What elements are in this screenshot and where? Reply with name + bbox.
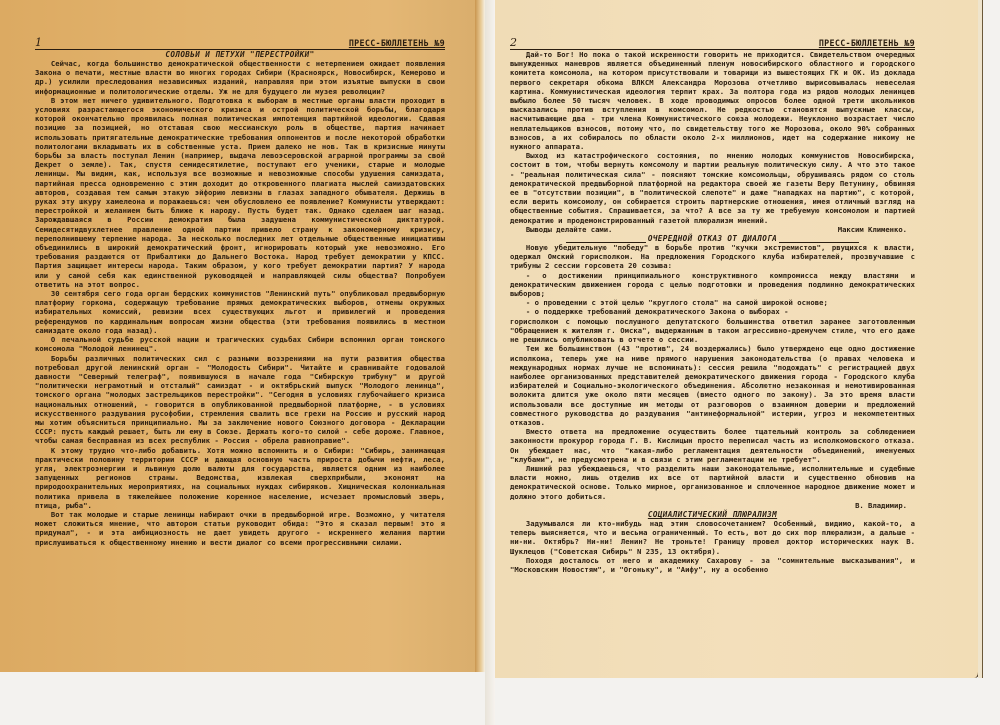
right-page: 2 ПРЕСС-БЮЛЛЕТЕНЬ №9 Дай-то Бог! Но пока… — [495, 0, 980, 678]
page-number: 2 — [510, 38, 517, 48]
list-item: - о достижении принципиального конструкт… — [510, 271, 915, 299]
author-signature: Максим Клименко. — [838, 225, 915, 234]
paragraph: Походя досталось от него и академику Сах… — [510, 556, 915, 574]
page-header: 1 ПРЕСС-БЮЛЛЕТЕНЬ №9 — [35, 38, 445, 50]
article-title: СОЛОВЬИ И ПЕТУХИ "ПЕРЕСТРОЙКИ" — [35, 50, 445, 59]
paragraph: К этому трудно что-либо добавить. Хотя м… — [35, 446, 445, 510]
signature-row: Выводы делайте сами. Максим Клименко. — [510, 225, 915, 234]
paragraph: О печальной судьбе русской нации и траги… — [35, 335, 445, 353]
author-signature: В. Владимир. — [855, 501, 915, 510]
page-header: 2 ПРЕСС-БЮЛЛЕТЕНЬ №9 — [510, 38, 915, 50]
closing-line: Выводы делайте сами. — [510, 225, 612, 234]
paragraph: Вот так молодые и старые ленинцы набираю… — [35, 510, 445, 547]
paragraph: горисполком с помощью послушного депутат… — [510, 317, 915, 345]
binding-gutter — [485, 0, 495, 725]
left-page-content: 1 ПРЕСС-БЮЛЛЕТЕНЬ №9 СОЛОВЬИ И ПЕТУХИ "П… — [35, 38, 445, 547]
paragraph: Борьбы различных политических сил с разн… — [35, 354, 445, 446]
paragraph: Сейчас, когда большинство демократическо… — [35, 59, 445, 96]
paragraph: В этом нет ничего удивительного. Подгото… — [35, 96, 445, 289]
paragraph: Тем же большинством (43 "против", 24 воз… — [510, 344, 915, 427]
paragraph: Дай-то Бог! Но пока о такой искренности … — [510, 50, 915, 151]
paragraph: Выход из катастрофического состояния, по… — [510, 151, 915, 225]
page-number: 1 — [35, 38, 42, 48]
list-item: - о поддержке требований демократическог… — [510, 307, 915, 316]
paragraph: Новую убедительную "победу" в борьбе про… — [510, 243, 915, 271]
bulletin-title: ПРЕСС-БЮЛЛЕТЕНЬ №9 — [819, 38, 915, 48]
article-title: СОЦИАЛИСТИЧЕСКИЙ ПЛЮРАЛИЗМ — [510, 510, 915, 519]
paragraph: Задумывался ли кто-нибудь над этим слово… — [510, 519, 915, 556]
paragraph: Лишний раз убеждаешься, что разделить на… — [510, 464, 915, 501]
bulletin-title: ПРЕСС-БЮЛЛЕТЕНЬ №9 — [349, 38, 445, 48]
left-page: 1 ПРЕСС-БЮЛЛЕТЕНЬ №9 СОЛОВЬИ И ПЕТУХИ "П… — [0, 0, 483, 672]
article-title-text: ОЧЕРЕДНОЙ ОТКАЗ ОТ ДИАЛОГА — [648, 234, 777, 243]
list-item: - о проведении с этой целью "круглого ст… — [510, 298, 915, 307]
paragraph: 30 сентября сего года орган бердских ком… — [35, 289, 445, 335]
paragraph: Вместо ответа на предложение осуществить… — [510, 427, 915, 464]
article-title-text: СОЦИАЛИСТИЧЕСКИЙ ПЛЮРАЛИЗМ — [648, 510, 777, 519]
page-edge-shadow — [475, 0, 485, 672]
signature-row: В. Владимир. — [510, 501, 915, 510]
right-page-content: 2 ПРЕСС-БЮЛЛЕТЕНЬ №9 Дай-то Бог! Но пока… — [510, 38, 915, 574]
page-edge — [978, 0, 983, 678]
article-title: ОЧЕРЕДНОЙ ОТКАЗ ОТ ДИАЛОГА — [510, 234, 915, 243]
